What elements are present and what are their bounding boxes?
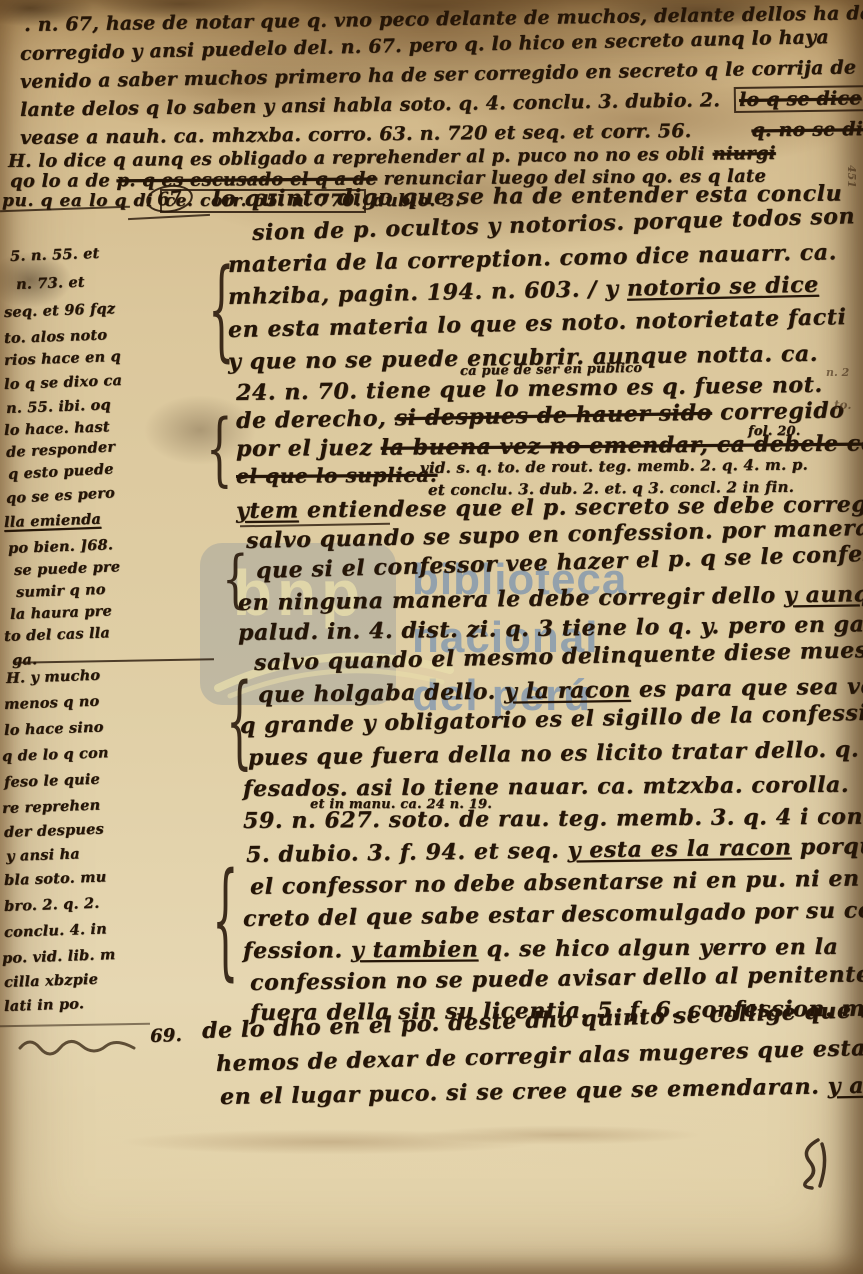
line-text: que holgaba dello. — [258, 679, 504, 708]
line-text: fession. — [243, 937, 351, 964]
margin-note: cilla xbzpie — [4, 971, 99, 991]
line-text: en ninguna manera le debe corregir dello — [238, 582, 784, 616]
edge-mark: n. 2 — [826, 366, 849, 379]
manuscript-line: en el lugar puco. si se cree que se emen… — [220, 1072, 863, 1110]
line-text: en el lugar puco. si se cree que se emen… — [220, 1073, 828, 1110]
margin-note: H. y mucho — [6, 667, 101, 687]
margin-note: lo hace. hast — [4, 418, 110, 439]
manuscript-line: en esta materia lo que es noto. notoriet… — [228, 304, 847, 343]
line-text: de derecho, — [236, 405, 395, 434]
line-text: qo lo a de — [10, 170, 117, 192]
margin-note: lo hace sino — [4, 719, 104, 739]
underlined-text: y tambien — [351, 936, 478, 963]
margin-scribble — [18, 1032, 138, 1058]
edge-mark: 451 — [845, 165, 858, 188]
manuscript-line: en ninguna manera le debe corregir dello… — [238, 581, 863, 616]
manuscript-line: creto del que sabe estar descomulgado po… — [243, 897, 863, 932]
margin-note: feso le quie — [4, 771, 100, 791]
margin-brace: { — [212, 846, 239, 993]
line-text: por el juez — [236, 435, 381, 462]
margin-brace: { — [208, 245, 235, 372]
margin-note: bla soto. mu — [4, 868, 107, 889]
manuscript-line: 59. n. 627. soto. de rau. teg. memb. 3. … — [243, 803, 863, 834]
paragraph-number-circle: 67 — [144, 182, 195, 215]
paragraph-number: 69. — [150, 1025, 183, 1047]
margin-note: q esto puede — [8, 460, 114, 483]
ink-rule — [14, 658, 214, 663]
line-text: pu. — [2, 191, 40, 211]
margin-note: po. vid. lib. m — [2, 946, 116, 967]
underlined-text: notorio se dice — [627, 272, 819, 302]
struck-text: q. no se dice — [751, 118, 863, 141]
margin-note: y ansi ha — [6, 845, 80, 865]
manuscript-line: hemos de dexar de corregir alas mugeres … — [216, 1035, 863, 1077]
margin-note: po bien. ]68. — [8, 536, 114, 557]
citation-line: vid. s. q. to. de rout. teg. memb. 2. q.… — [420, 456, 808, 477]
margin-note: n. 73. et — [16, 274, 85, 293]
underlined-text: y aunq — [827, 1072, 863, 1099]
struck-text: niurgi — [712, 143, 775, 165]
ink-rule — [0, 1023, 150, 1028]
manuscript-line: mhziba, pagin. 194. n. 603. / y notorio … — [228, 272, 819, 310]
manuscript-line: confession no se puede avisar dello al p… — [250, 961, 863, 996]
margin-note: qo se es pero — [6, 484, 116, 507]
paragraph-number: 67 — [146, 184, 194, 213]
struck-text: si despues de hauer sido — [394, 400, 712, 432]
margin-note: sumir q no — [16, 581, 106, 601]
margin-note: conclu. 4. in — [4, 920, 107, 941]
line-text: mhziba, pagin. 194. n. 603. / y — [228, 276, 627, 310]
line-text: 5. dubio. 3. f. 94. et seq. — [246, 838, 568, 868]
margin-note: 5. n. 55. et — [10, 245, 100, 265]
margin-note: menos q no — [4, 693, 100, 713]
manuscript-line: lante delos q lo saben y ansi habla soto… — [20, 87, 863, 121]
margin-note: rios hace en q — [4, 348, 121, 369]
ink-layer: . n. 67, hase de notar que q. vno peco d… — [0, 0, 863, 1274]
manuscript-page: bnp biblioteca nacional del perú . n. 67… — [0, 0, 863, 1274]
line-text: porque — [791, 833, 863, 860]
margin-brace: { — [206, 402, 233, 495]
line-text: lante delos q lo saben y ansi habla soto… — [20, 89, 720, 121]
struck-text: lo q se dice — [734, 85, 863, 113]
underlined-text: y aunq — [784, 581, 863, 608]
margin-note: de responder — [6, 438, 116, 461]
line-text: q. se hico algun yerro en la — [478, 934, 838, 963]
manuscript-line: 5. dubio. 3. f. 94. et seq. y esta es la… — [246, 833, 863, 868]
line-text: corregido — [712, 397, 845, 425]
margin-note: to. alos noto — [4, 326, 108, 347]
edge-mark: to. — [834, 398, 852, 412]
margin-note: lati in po. — [4, 995, 85, 1015]
manuscript-line: el confessor no debe absentarse ni en pu… — [250, 865, 863, 900]
margin-note: q de lo q con — [2, 744, 109, 765]
manuscript-line: pues que fuera della no es licito tratar… — [248, 736, 863, 771]
line-text: es para que sea ven — [631, 673, 863, 703]
margin-note: re reprehen — [2, 797, 101, 817]
margin-note: to del cas lla — [4, 624, 111, 645]
margin-note: lla emienda — [4, 511, 102, 531]
underlined-text: ytem — [236, 497, 299, 524]
manuscript-line: fession. y tambien q. se hico algun yerr… — [243, 934, 839, 964]
margin-note: der despues — [4, 821, 104, 841]
margin-note: n. 55. ibi. oq — [6, 396, 111, 417]
margin-note: lo q se dixo ca — [4, 372, 123, 393]
margin-note: la haura pre — [10, 602, 112, 623]
ink-rule — [128, 214, 210, 220]
struck-line: el que lo suplica. — [236, 463, 437, 488]
underlined-text: y la racon — [504, 677, 631, 705]
margin-brace: { — [222, 542, 249, 616]
margin-note: ga. — [12, 651, 38, 669]
bottom-flourish — [788, 1138, 834, 1190]
margin-note: bro. 2. q. 2. — [4, 895, 100, 915]
margin-note: se puede pre — [14, 558, 121, 579]
struck-text: , ca debele corregir — [700, 430, 863, 458]
margin-note: seq. et 96 fqz — [4, 300, 116, 321]
margin-brace: { — [226, 662, 253, 780]
underlined-text: y esta es la racon — [567, 834, 791, 863]
